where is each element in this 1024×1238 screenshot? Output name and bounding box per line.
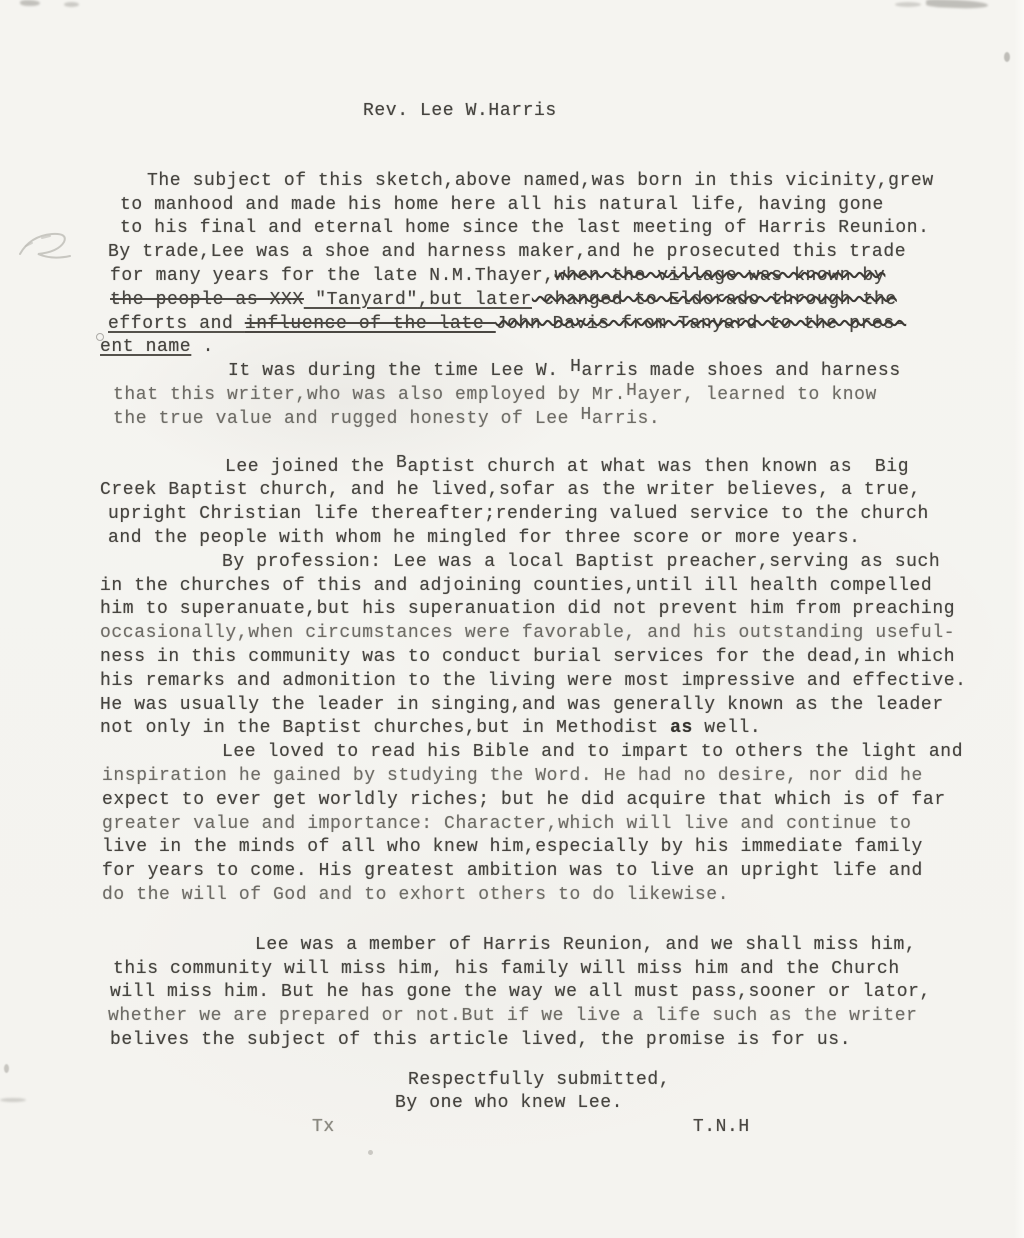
text-segment: By profession: Lee was a local Baptist p…	[222, 552, 940, 572]
text-segment: ayer, learned to know	[638, 385, 877, 405]
text-segment: this community will miss him, his family…	[113, 959, 900, 979]
right-edge-fade	[1014, 0, 1024, 1238]
edited-text-segment: changed to Eldorado through the	[532, 290, 897, 310]
text-segment: whether we are prepared or not.But if we…	[108, 1006, 918, 1026]
text-segment: H	[580, 405, 591, 425]
text-line: live in the minds of all who knew him,es…	[100, 836, 980, 860]
text-line: Lee was a member of Harris Reunion, and …	[100, 934, 980, 958]
text-line: Lee joined the Baptist church at what wa…	[100, 456, 980, 480]
text-line: By profession: Lee was a local Baptist p…	[100, 551, 980, 575]
text-segment: as	[670, 718, 693, 738]
text-segment: By one who knew Lee.	[395, 1093, 623, 1113]
text-segment: inspiration he gained by studying the Wo…	[102, 766, 923, 786]
text-line: He was usually the leader in singing,and…	[100, 694, 980, 718]
text-segment: H	[570, 357, 581, 377]
text-line: greater value and importance: Character,…	[100, 813, 980, 837]
text-segment: that this writer,who was also employed b…	[113, 385, 626, 405]
text-segment: aptist church at what was then known as …	[407, 457, 909, 477]
text-segment: He was usually the leader in singing,and…	[100, 695, 944, 715]
paragraph: Lee joined the Baptist church at what wa…	[100, 456, 980, 551]
typed-content: Rev. Lee W.Harris The subject of this sk…	[100, 100, 980, 1140]
signature-row: Tx T.N.H	[100, 1116, 980, 1140]
text-segment: belives the subject of this article live…	[110, 1030, 851, 1050]
text-line: the true value and rugged honesty of Lee…	[100, 408, 980, 432]
text-line: him to superanuate,but his superanuation…	[100, 598, 980, 622]
text-segment: his remarks and admonition to the living…	[100, 671, 967, 691]
text-segment: greater value and importance: Character,…	[102, 814, 912, 834]
edited-text-segment: efforts and	[108, 314, 245, 334]
text-line: for years to come. His greatest ambition…	[100, 860, 980, 884]
edited-text-segment: John Davis from Tanyard to the pres-	[496, 314, 906, 334]
text-line: in the churches of this and adjoining co…	[100, 575, 980, 599]
paragraph: It was during the time Lee W. Harris mad…	[100, 360, 980, 431]
text-line: ent name .	[100, 336, 980, 360]
text-segment: arris made shoes and harness	[581, 361, 900, 381]
edited-text-segment: ,but later	[418, 290, 532, 310]
pencil-scribble-left-margin	[12, 220, 92, 290]
text-line: occasionally,when circumstances were fav…	[100, 622, 980, 646]
top-edge-smudge-left-2	[64, 2, 79, 7]
text-segment: ness in this community was to conduct bu…	[100, 647, 955, 667]
text-segment: the true value and rugged honesty of Lee	[113, 409, 580, 429]
paragraph: Respectfully submitted,By one who knew L…	[100, 1069, 980, 1117]
top-edge-smudge-right	[926, 0, 988, 9]
text-line: not only in the Baptist churches,but in …	[100, 717, 980, 741]
edited-text-segment: "Tanyard"	[304, 290, 418, 310]
text-segment: to his final and eternal home since the …	[120, 218, 930, 238]
text-line: his remarks and admonition to the living…	[100, 670, 980, 694]
text-line: this community will miss him, his family…	[100, 958, 980, 982]
scanned-document-page: Rev. Lee W.Harris The subject of this sk…	[0, 0, 1024, 1238]
text-segment: Lee was a member of Harris Reunion, and …	[255, 935, 916, 955]
text-line: expect to ever get worldly riches; but h…	[100, 789, 980, 813]
text-line: By trade,Lee was a shoe and harness make…	[100, 241, 980, 265]
text-line: that this writer,who was also employed b…	[100, 384, 980, 408]
top-edge-smudge-right-2	[895, 2, 921, 7]
text-line: The subject of this sketch,above named,w…	[100, 170, 980, 194]
text-line: efforts and influence of the late John D…	[100, 313, 980, 337]
text-segment: Creek Baptist church, and he lived,sofar…	[100, 480, 921, 500]
document-body: The subject of this sketch,above named,w…	[100, 170, 980, 1116]
paragraph: Lee was a member of Harris Reunion, and …	[100, 934, 980, 1053]
text-segment: By trade,Lee was a shoe and harness make…	[108, 242, 906, 262]
paragraph: Lee loved to read his Bible and to impar…	[100, 741, 980, 908]
text-line: upright Christian life thereafter;render…	[100, 503, 980, 527]
text-segment: live in the minds of all who knew him,es…	[102, 837, 923, 857]
text-line: By one who knew Lee.	[100, 1092, 980, 1116]
text-segment: upright Christian life thereafter;render…	[108, 504, 929, 524]
text-segment: H	[626, 381, 637, 401]
edited-text-segment: the people as XXX	[110, 290, 304, 310]
text-segment: B	[396, 453, 407, 473]
text-line: will miss him. But he has gone the way w…	[100, 981, 980, 1005]
text-segment: expect to ever get worldly riches; but h…	[102, 790, 946, 810]
text-segment: and the people with whom he mingled for …	[108, 528, 861, 548]
text-line: It was during the time Lee W. Harris mad…	[100, 360, 980, 384]
text-segment: in the churches of this and adjoining co…	[100, 576, 932, 596]
text-segment: do the will of God and to exhort others …	[102, 885, 729, 905]
text-segment: for years to come. His greatest ambition…	[102, 861, 923, 881]
text-segment: arris.	[592, 409, 660, 429]
text-line: do the will of God and to exhort others …	[100, 884, 980, 908]
text-segment: will miss him. But he has gone the way w…	[110, 982, 931, 1002]
edited-text-segment: ent name	[100, 337, 191, 357]
text-line: inspiration he gained by studying the Wo…	[100, 765, 980, 789]
text-line: to manhood and made his home here all hi…	[100, 194, 980, 218]
text-line: ness in this community was to conduct bu…	[100, 646, 980, 670]
text-line: to his final and eternal home since the …	[100, 217, 980, 241]
paragraph: By profession: Lee was a local Baptist p…	[100, 551, 980, 741]
corner-ink-dot	[1004, 52, 1010, 62]
text-line: Respectfully submitted,	[100, 1069, 980, 1093]
bottom-left-speck	[4, 1064, 9, 1073]
bottom-center-speck	[368, 1150, 373, 1155]
text-segment: It was during the time Lee W.	[228, 361, 570, 381]
document-title: Rev. Lee W.Harris	[363, 100, 980, 124]
bottom-left-streak	[0, 1098, 26, 1102]
paragraph: The subject of this sketch,above named,w…	[100, 170, 980, 360]
text-segment: to manhood and made his home here all hi…	[120, 195, 884, 215]
text-line: and the people with whom he mingled for …	[100, 527, 980, 551]
text-line: the people as XXX "Tanyard",but later ch…	[100, 289, 980, 313]
text-line: Lee loved to read his Bible and to impar…	[100, 741, 980, 765]
text-segment: Lee loved to read his Bible and to impar…	[222, 742, 963, 762]
text-segment: well.	[693, 718, 761, 738]
top-edge-smudge-left	[20, 0, 40, 6]
text-segment: occasionally,when circumstances were fav…	[100, 623, 955, 643]
text-segment: .	[191, 337, 214, 357]
text-line: Creek Baptist church, and he lived,sofar…	[100, 479, 980, 503]
text-segment: for many years for the late N.M.Thayer,	[110, 266, 555, 286]
text-segment: not only in the Baptist churches,but in …	[100, 718, 670, 738]
edited-text-segment: when the village was known by	[555, 266, 886, 286]
text-segment: him to superanuate,but his superanuation…	[100, 599, 955, 619]
text-line: for many years for the late N.M.Thayer,w…	[100, 265, 980, 289]
text-segment: Lee joined the	[225, 457, 396, 477]
signature-initials: T.N.H	[693, 1116, 750, 1140]
margin-mark: Tx	[312, 1116, 335, 1140]
text-line: belives the subject of this article live…	[100, 1029, 980, 1053]
text-segment: The subject of this sketch,above named,w…	[147, 171, 934, 191]
text-segment: Respectfully submitted,	[408, 1070, 670, 1090]
edited-text-segment: influence of the late	[245, 314, 496, 334]
text-line: whether we are prepared or not.But if we…	[100, 1005, 980, 1029]
